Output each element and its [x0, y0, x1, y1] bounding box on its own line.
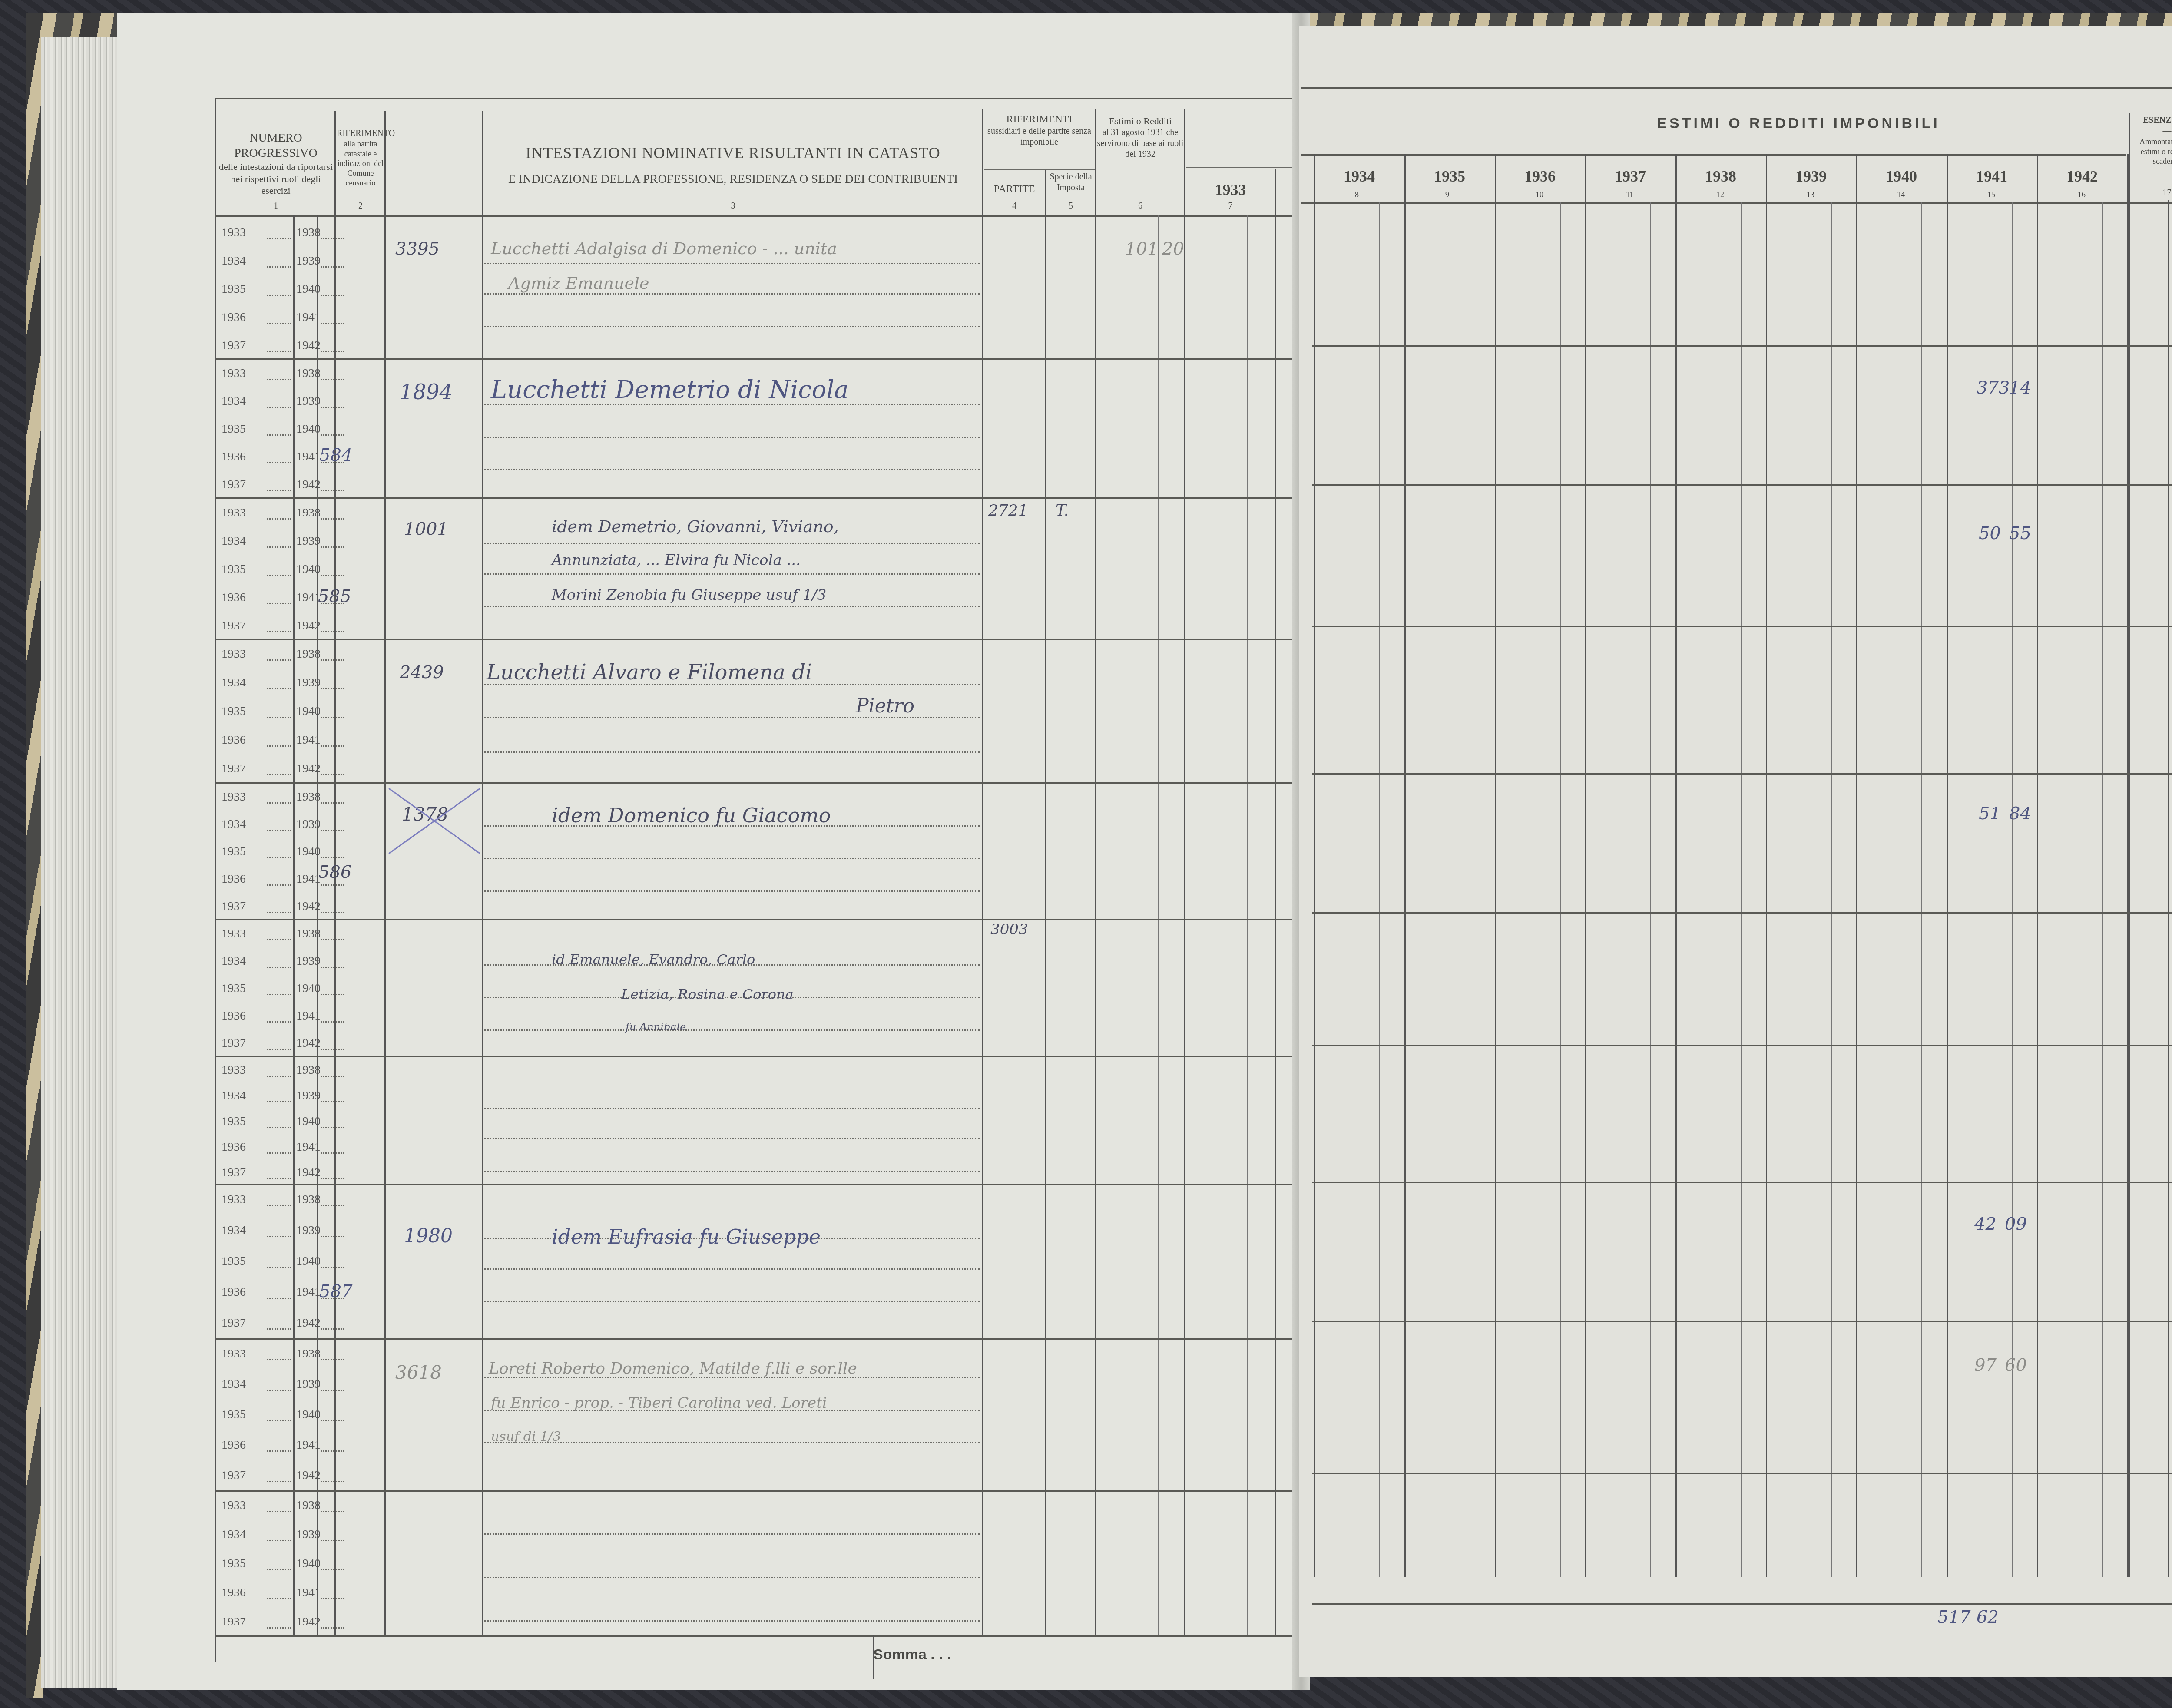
- block-rule: [216, 1056, 1298, 1057]
- intestazione-entry-9-line-1: Loreti Roberto Domenico, Matilde f.lli e…: [489, 1360, 857, 1377]
- col-sep: [293, 215, 295, 1635]
- intestazione-entry-6-line-2: Letizia, Rosina e Corona: [621, 986, 794, 1003]
- year-label: 1933: [222, 1063, 246, 1077]
- block-rule: [216, 919, 1298, 920]
- intestazione-entry-9-line-2: fu Enrico - prop. - Tiberi Carolina ved.…: [491, 1394, 827, 1412]
- year-column-header: 1939: [1766, 167, 1856, 185]
- strikethrough-cross-icon: [387, 786, 482, 856]
- col-sep: [482, 111, 483, 1635]
- specie-entry-3: T.: [1056, 502, 1069, 520]
- year-label: 1939: [296, 1377, 321, 1391]
- col-sep: [1247, 215, 1248, 1635]
- year-label: 1941: [296, 1009, 321, 1023]
- year-label: 1940: [296, 1557, 321, 1571]
- estimo-entry-1-cent: 20: [1162, 239, 1184, 259]
- intestazione-entry-9-line-3: usuf di 1/3: [491, 1429, 561, 1444]
- year-label: 1937: [222, 1469, 246, 1483]
- header-estimi-1931: Estimi o Redditi al 31 agosto 1931 che s…: [1097, 115, 1184, 215]
- column-number: 5: [1047, 201, 1095, 212]
- somma-1941-lire: 517: [1937, 1607, 1970, 1627]
- year-label: 1935: [222, 422, 246, 436]
- value-1941-row-8-cent: 09: [2005, 1214, 2027, 1234]
- col-sep: [1045, 169, 1046, 1635]
- year-label: 1941: [296, 1140, 321, 1154]
- col-sep: [2168, 200, 2169, 1577]
- header-sub: alla partita catastale e indicazioni del…: [337, 139, 384, 188]
- value-1941-row-2-lire: 373: [1977, 378, 2010, 398]
- year-label: 1936: [222, 1009, 246, 1023]
- intestazione-entry-2-line-1: Lucchetti Demetrio di Nicola: [491, 376, 849, 404]
- year-column-header: 1941: [1947, 167, 2037, 185]
- header-esenzioni: ESENZIONI — Ammontare degli estimi o red…: [2129, 115, 2172, 202]
- year-label: 1941: [296, 1285, 321, 1299]
- value-1941-row-3-lire: 50: [1979, 523, 2001, 543]
- column-number: 17: [2129, 188, 2172, 199]
- year-label: 1934: [222, 1089, 246, 1103]
- riferimento-entry-9: 3618: [395, 1362, 442, 1383]
- year-label: 1940: [296, 1255, 321, 1268]
- partite-entry-3: 2721: [988, 502, 1028, 520]
- column-number: 1: [217, 201, 334, 212]
- column-number: 16: [2078, 190, 2086, 199]
- header-title: INTESTAZIONI NOMINATIVE RISULTANTI IN CA…: [484, 143, 982, 163]
- year-label: 1938: [296, 927, 321, 941]
- year-label: 1934: [222, 818, 246, 831]
- column-number: 14: [1897, 190, 1905, 199]
- column-number: 13: [1807, 190, 1814, 199]
- year-label: 1934: [222, 676, 246, 690]
- block-rule: [216, 1490, 1298, 1492]
- year-label: 1939: [296, 818, 321, 831]
- year-label: 1934: [222, 954, 246, 968]
- year-label: 1937: [222, 1036, 246, 1050]
- year-label: 1941: [296, 1586, 321, 1600]
- partite-entry-6: 3003: [990, 921, 1028, 938]
- block-rule: [216, 497, 1298, 499]
- years-header-top-rule: [1301, 154, 2126, 156]
- year-label: 1935: [222, 845, 246, 859]
- subheader-rule: [1186, 167, 1299, 168]
- year-label: 1934: [222, 394, 246, 408]
- year-column-header: 1940: [1856, 167, 1947, 185]
- value-1941-row-2-cent: 14: [2009, 378, 2031, 398]
- year-label: 1937: [222, 762, 246, 776]
- header-numero-progressivo: NUMERO PROGRESSIVO delle intestazioni da…: [217, 130, 334, 215]
- year-label: 1939: [296, 1224, 321, 1238]
- year-label: 1941: [296, 591, 321, 605]
- left-page: NUMERO PROGRESSIVO delle intestazioni da…: [117, 13, 1299, 1690]
- year-label: 1937: [222, 900, 246, 914]
- header-title: Specie della Imposta: [1047, 172, 1095, 193]
- year-label: 1937: [222, 1316, 246, 1330]
- year-label: 1933: [222, 506, 246, 520]
- year-label: 1938: [296, 1063, 321, 1077]
- year-label: 1940: [296, 422, 321, 436]
- year-label: 1936: [222, 1285, 246, 1299]
- year-label: 1942: [296, 619, 321, 633]
- intestazione-entry-3-line-3: Morini Zenobia fu Giuseppe usuf 1/3: [552, 586, 826, 604]
- header-riferimento: RIFERIMENTO alla partita catastale e ind…: [337, 128, 384, 215]
- year-column-header: 1938: [1675, 167, 1766, 185]
- header-sub: E INDICAZIONE DELLA PROFESSIONE, RESIDEN…: [484, 172, 982, 187]
- year-label: 1940: [296, 705, 321, 718]
- year-label: 1941: [296, 450, 321, 464]
- year-label: 1936: [222, 1438, 246, 1452]
- header-title: Estimi o Redditi: [1097, 115, 1184, 127]
- year-label: 1940: [296, 982, 321, 996]
- year-label: 1939: [296, 394, 321, 408]
- header-title: RIFERIMENTO: [337, 128, 384, 139]
- block-rule: [216, 1184, 1298, 1185]
- col-sep: [384, 111, 386, 1635]
- column-number: 10: [1536, 190, 1543, 199]
- progressivo-entry-3: 585: [318, 586, 351, 606]
- block-rule: [216, 1338, 1298, 1340]
- year-label: 1938: [296, 367, 321, 381]
- intestazione-entry-6-line-3: fu Annibale: [626, 1021, 686, 1033]
- page-edges: [41, 37, 124, 1688]
- column-number: 7: [1186, 201, 1275, 212]
- column-number: 12: [1716, 190, 1724, 199]
- col-sep: [2129, 113, 2130, 1577]
- year-label: 1934: [222, 254, 246, 268]
- year-label: 1938: [296, 226, 321, 240]
- year-label: 1941: [296, 872, 321, 886]
- year-label: 1935: [222, 982, 246, 996]
- year-label: 1935: [222, 1115, 246, 1129]
- year-label: 1942: [296, 478, 321, 492]
- year-label: 1936: [222, 450, 246, 464]
- intestazione-entry-3-line-2: Annunziata, ... Elvira fu Nicola ...: [552, 552, 801, 569]
- year-label: 1942: [296, 1166, 321, 1180]
- header-specie-imposta: Specie della Imposta 5: [1047, 172, 1095, 215]
- column-number: 4: [984, 201, 1045, 212]
- year-label: 1941: [296, 733, 321, 747]
- intestazione-entry-8-line-1: idem Eufrasia fu Giuseppe: [552, 1225, 821, 1248]
- year-label: 1942: [296, 1615, 321, 1629]
- year-label: 1942: [296, 762, 321, 776]
- header-dash: —: [2129, 126, 2172, 137]
- value-1941-row-9-lire: 97: [1974, 1355, 1997, 1375]
- frame-left: [215, 98, 216, 1662]
- year-label: 1933: [222, 367, 246, 381]
- progressivo-entry-2: 584: [319, 445, 352, 465]
- block-rule: [216, 1635, 1298, 1637]
- year-label: 1942: [296, 1036, 321, 1050]
- column-number: 11: [1626, 190, 1633, 199]
- year-label: 1933: [222, 226, 246, 240]
- year-label: 1940: [296, 1408, 321, 1422]
- header-title: 1933: [1186, 180, 1275, 200]
- year-label: 1935: [222, 705, 246, 718]
- block-rule: [216, 358, 1298, 360]
- somma-1941-cent: 62: [1977, 1607, 1999, 1627]
- header-title: ESENZIONI: [2129, 115, 2172, 126]
- year-label: 1933: [222, 790, 246, 804]
- col-sep: [1184, 109, 1185, 1635]
- column-number: 6: [1097, 201, 1184, 212]
- header-bottom-rule: [1301, 202, 2172, 204]
- year-label: 1941: [296, 1438, 321, 1452]
- year-label: 1936: [222, 1586, 246, 1600]
- year-label: 1940: [296, 845, 321, 859]
- year-label: 1934: [222, 1528, 246, 1542]
- year-label: 1942: [296, 1469, 321, 1483]
- year-label: 1933: [222, 1347, 246, 1361]
- column-number: 3: [484, 201, 982, 212]
- year-label: 1939: [296, 954, 321, 968]
- year-label: 1937: [222, 339, 246, 353]
- intestazione-entry-5-line-1: idem Domenico fu Giacomo: [552, 804, 831, 827]
- year-label: 1939: [296, 1089, 321, 1103]
- year-label: 1937: [222, 1615, 246, 1629]
- year-label: 1939: [296, 1528, 321, 1542]
- year-label: 1942: [296, 900, 321, 914]
- year-label: 1939: [296, 676, 321, 690]
- header-sub: al 31 agosto 1931 che servirono di base …: [1097, 127, 1184, 160]
- year-label: 1942: [296, 339, 321, 353]
- column-number: 15: [1987, 190, 1995, 199]
- header-partite: PARTITE 4: [984, 172, 1045, 215]
- year-label: 1933: [222, 647, 246, 661]
- header-riferimenti-sussidiari: RIFERIMENTI sussidiari e delle partite s…: [984, 113, 1095, 167]
- year-label: 1938: [296, 647, 321, 661]
- column-number: 2: [337, 201, 384, 212]
- year-label: 1934: [222, 1377, 246, 1391]
- year-label: 1933: [222, 1499, 246, 1513]
- year-label: 1940: [296, 282, 321, 296]
- year-column-header: 1935: [1404, 167, 1495, 185]
- year-label: 1938: [296, 1499, 321, 1513]
- year-column-header: 1942: [2037, 167, 2127, 185]
- year-label: 1940: [296, 563, 321, 576]
- year-column-header: 1937: [1585, 167, 1675, 185]
- year-label: 1935: [222, 282, 246, 296]
- value-1941-row-9-cent: 60: [2005, 1355, 2027, 1375]
- value-1941-row-5-lire: 51: [1979, 804, 2001, 824]
- riferimento-entry-1: 3395: [395, 239, 440, 259]
- somma-label: Somma . . .: [873, 1646, 951, 1663]
- header-title: RIFERIMENTI: [984, 113, 1095, 126]
- progressivo-entry-5: 586: [318, 862, 351, 882]
- year-label: 1935: [222, 1255, 246, 1268]
- col-sep: [1158, 215, 1159, 1635]
- intestazione-entry-3-line-1: idem Demetrio, Giovanni, Viviano,: [552, 517, 839, 536]
- intestazione-entry-4-line-2: Pietro: [856, 695, 914, 717]
- col-sep: [1275, 169, 1276, 1635]
- intestazione-entry-4-line-1: Lucchetti Alvaro e Filomena di: [487, 660, 812, 685]
- year-label: 1938: [296, 1347, 321, 1361]
- header-title: NUMERO PROGRESSIVO: [217, 130, 334, 161]
- year-label: 1934: [222, 534, 246, 548]
- progressivo-entry-8: 587: [319, 1281, 352, 1301]
- year-label: 1942: [296, 1316, 321, 1330]
- year-label: 1938: [296, 790, 321, 804]
- header-1933: 1933 7: [1186, 169, 1275, 215]
- year-label: 1938: [296, 1193, 321, 1207]
- marbled-endpaper-left: [26, 13, 43, 1698]
- col-sep: [1095, 109, 1096, 1635]
- intestazione-entry-1-line-1: Lucchetti Adalgisa di Domenico - ... uni…: [491, 239, 837, 258]
- header-title: PARTITE: [984, 182, 1045, 195]
- year-label: 1939: [296, 254, 321, 268]
- year-label: 1941: [296, 311, 321, 324]
- year-label: 1935: [222, 563, 246, 576]
- col-sep: [982, 109, 983, 1635]
- riferimento-entry-3: 1001: [404, 519, 448, 539]
- year-label: 1933: [222, 1193, 246, 1207]
- year-label: 1937: [222, 478, 246, 492]
- section-title: ESTIMI O REDDITI IMPONIBILI: [1473, 115, 2124, 132]
- header-sub: delle intestazioni da riportarsi nei ris…: [217, 161, 334, 197]
- year-label: 1939: [296, 534, 321, 548]
- year-label: 1936: [222, 1140, 246, 1154]
- year-label: 1936: [222, 591, 246, 605]
- block-rule: [216, 639, 1298, 640]
- header-intestazioni: INTESTAZIONI NOMINATIVE RISULTANTI IN CA…: [484, 143, 982, 215]
- year-label: 1936: [222, 733, 246, 747]
- column-number: 8: [1355, 190, 1359, 199]
- intestazione-entry-6-line-1: id Emanuele, Evandro, Carlo: [552, 951, 755, 968]
- right-page: 779 Mod. 111 - Imposte Dirette (Intercal…: [1299, 26, 2172, 1677]
- column-number: 9: [1445, 190, 1449, 199]
- year-column-header: 1936: [1495, 167, 1585, 185]
- block-rule: [216, 782, 1298, 784]
- year-label: 1934: [222, 1224, 246, 1238]
- header-bottom-rule: [215, 215, 1299, 217]
- riferimento-entry-4: 2439: [400, 662, 444, 682]
- year-label: 1937: [222, 619, 246, 633]
- header-sub: Ammontare degli estimi o redditi e scade…: [2129, 137, 2172, 166]
- year-label: 1936: [222, 872, 246, 886]
- subheader-rule: [984, 169, 1095, 170]
- year-label: 1937: [222, 1166, 246, 1180]
- intestazione-entry-1-line-2: Agmiz Emanuele: [508, 274, 649, 293]
- value-1941-row-3-cent: 55: [2009, 523, 2031, 543]
- frame-top: [215, 98, 1299, 99]
- year-label: 1933: [222, 927, 246, 941]
- year-label: 1935: [222, 1557, 246, 1571]
- riferimento-entry-2: 1894: [400, 380, 453, 404]
- value-1941-row-8-lire: 42: [1974, 1214, 1997, 1234]
- year-label: 1936: [222, 311, 246, 324]
- frame-top: [1301, 87, 2172, 89]
- header-sub: sussidiari e delle partite senza imponib…: [984, 126, 1095, 148]
- riferimento-entry-8: 1980: [404, 1225, 453, 1247]
- year-label: 1940: [296, 1115, 321, 1129]
- value-1941-row-5-cent: 84: [2009, 804, 2031, 824]
- year-column-header: 1934: [1314, 167, 1404, 185]
- year-label: 1938: [296, 506, 321, 520]
- estimo-entry-1-lire: 101: [1125, 239, 1158, 259]
- year-label: 1935: [222, 1408, 246, 1422]
